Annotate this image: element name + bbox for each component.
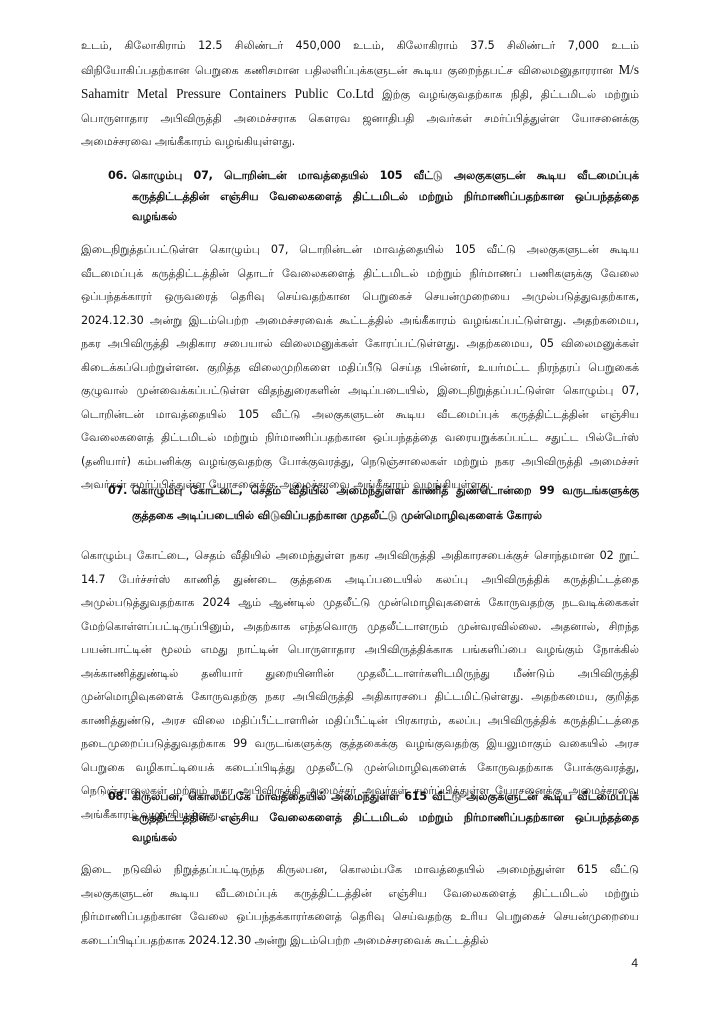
section-body-06: இடைநிறுத்தப்பட்டுள்ள கொழும்பு 07, டொறின்… xyxy=(81,238,639,497)
section-number: 07. xyxy=(108,478,132,503)
intro-paragraph: உடம், கிலோகிராம் 12.5 சிலிண்டர் 450,000 … xyxy=(81,34,639,154)
section-number: 08. xyxy=(108,787,132,808)
page-number: 4 xyxy=(631,956,638,970)
section-title: கொழும்பு 07, டொறின்டன் மாவத்தையில் 105 வ… xyxy=(132,169,639,223)
intro-text-before: உடம், கிலோகிராம் 12.5 சிலிண்டர் 450,000 … xyxy=(81,39,639,77)
section-title: கிருலபன, கொலம்பகே மாவத்தையில் அமைந்துள்ள… xyxy=(132,790,639,844)
section-body-08: இடை நடுவில் நிறுத்தப்பட்டிருந்த கிருலபன,… xyxy=(81,858,639,952)
section-heading-08: 08.கிருலபன, கொலம்பகே மாவத்தையில் அமைந்து… xyxy=(108,787,639,849)
section-body-07: கொழும்பு கோட்டை, செதம் வீதியில் அமைந்துள… xyxy=(81,544,639,826)
document-page: உடம், கிலோகிராம் 12.5 சிலிண்டர் 450,000 … xyxy=(0,0,724,1024)
section-heading-06: 06.கொழும்பு 07, டொறின்டன் மாவத்தையில் 10… xyxy=(108,166,639,228)
section-title: கொழும்பு கோட்டை, செதம் வீதியில் அமைந்துள… xyxy=(132,484,639,522)
section-number: 06. xyxy=(108,166,132,187)
section-heading-07: 07.கொழும்பு கோட்டை, செதம் வீதியில் அமைந்… xyxy=(108,478,639,528)
